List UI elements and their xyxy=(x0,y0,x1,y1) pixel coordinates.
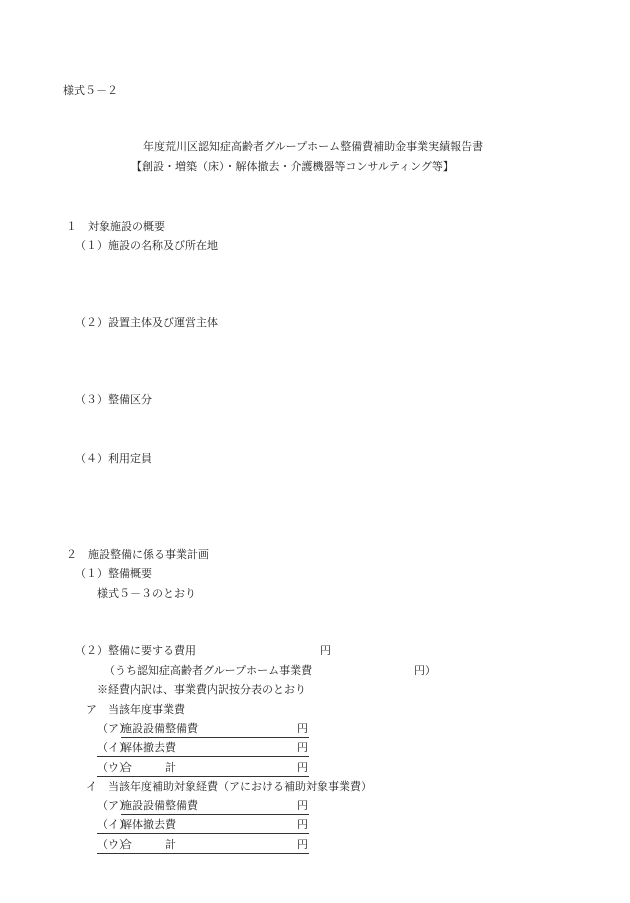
document-subtitle: 【創設・増築（床）・解体撤去・介護機器等コンサルティング等】 xyxy=(131,160,454,174)
required-cost-yen: 円 xyxy=(320,644,331,658)
row-unit: 円 xyxy=(297,722,308,736)
gh-cost-yen: 円） xyxy=(414,664,436,678)
gh-cost-label: （うち認知症高齢者グループホーム事業費 xyxy=(104,664,312,678)
row-unit: 円 xyxy=(297,818,308,832)
maintenance-overview-note: 様式５－３のとおり xyxy=(97,587,196,601)
part-a-heading: ア 当該年度事業費 xyxy=(86,703,185,717)
part-b-row-facility-equipment: （ア） 施設設備整備費 円 xyxy=(97,799,309,815)
row-label: 解体撤去費 xyxy=(121,741,176,755)
cost-breakdown-note: ※経費内訳は、事業費内訳按分表のとおり xyxy=(97,683,306,697)
section2-heading: ２ 施設整備に係る事業計画 xyxy=(66,548,209,562)
row-label: 解体撤去費 xyxy=(121,818,176,832)
required-cost-label: （２）整備に要する費用 xyxy=(75,644,196,658)
part-b-row-demolition: （イ） 解体撤去費 円 xyxy=(97,818,309,834)
part-a-row-facility-equipment: （ア） 施設設備整備費 円 xyxy=(97,722,309,738)
row-label: 合 計 xyxy=(121,761,176,775)
document-title: 年度荒川区認知症高齢者グループホーム整備費補助金事業実績報告書 xyxy=(143,140,483,154)
section1-heading: １ 対象施設の概要 xyxy=(66,220,165,234)
maintenance-overview-label: （１）整備概要 xyxy=(75,567,152,581)
row-label: 施設設備整備費 xyxy=(121,722,198,736)
part-a-row-demolition: （イ） 解体撤去費 円 xyxy=(97,741,309,757)
facility-name-location-label: （１）施設の名称及び所在地 xyxy=(75,239,218,253)
founder-operator-label: （２）設置主体及び運営主体 xyxy=(75,316,218,330)
row-unit: 円 xyxy=(297,741,308,755)
form-id: 様式５－２ xyxy=(63,84,118,98)
maintenance-category-label: （３）整備区分 xyxy=(75,393,152,407)
row-unit: 円 xyxy=(297,838,308,852)
part-b-heading: イ 当該年度補助対象経費（アにおける補助対象事業費） xyxy=(86,780,372,794)
row-unit: 円 xyxy=(297,761,308,775)
row-label: 施設設備整備費 xyxy=(121,799,198,813)
part-b-row-total: （ウ） 合 計 円 xyxy=(97,838,309,854)
capacity-label: （４）利用定員 xyxy=(75,452,152,466)
row-label: 合 計 xyxy=(121,838,176,852)
row-unit: 円 xyxy=(297,799,308,813)
part-a-row-total: （ウ） 合 計 円 xyxy=(97,761,309,777)
